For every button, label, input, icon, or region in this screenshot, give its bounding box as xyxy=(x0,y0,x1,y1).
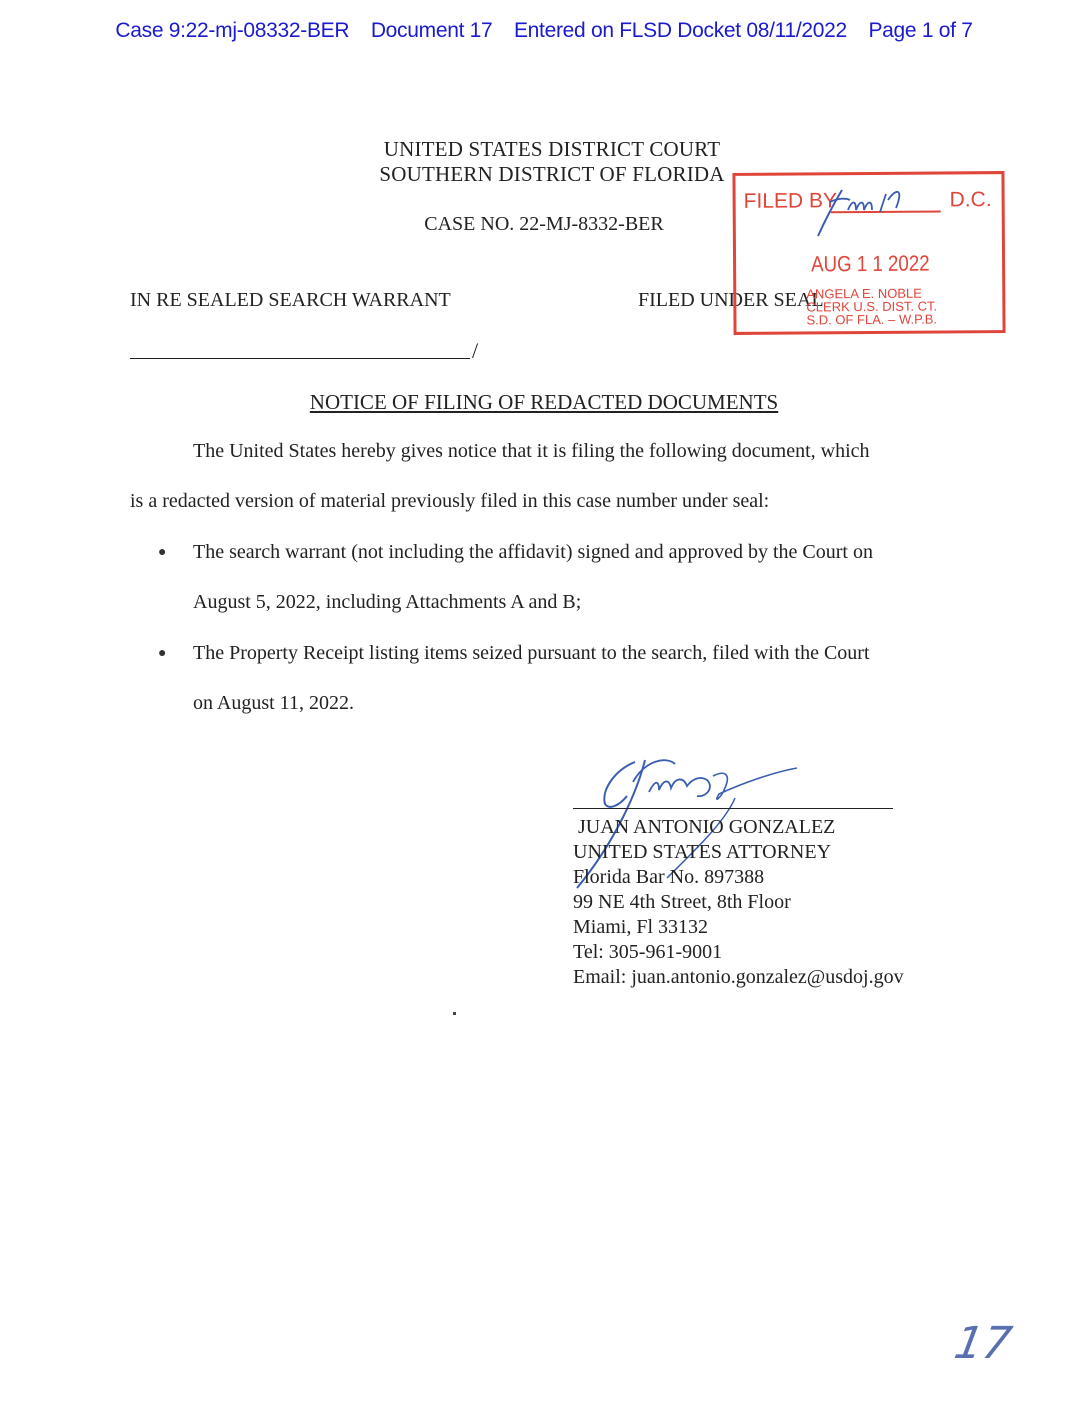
stamp-clerk-info: ANGELA E. NOBLE CLERK U.S. DIST. CT. S.D… xyxy=(806,287,937,327)
handwritten-docket-number: 17 xyxy=(951,1318,1016,1369)
bullet-icon: ● xyxy=(158,646,166,662)
bullet-item-line: on August 11, 2022. xyxy=(193,692,354,715)
bullet-item-line: The search warrant (not including the af… xyxy=(193,541,873,564)
bullet-icon: ● xyxy=(158,545,166,561)
court-name: UNITED STATES DISTRICT COURT xyxy=(0,137,1088,162)
docket-document-number: Document 17 xyxy=(371,19,493,42)
signer-name: JUAN ANTONIO GONZALEZ xyxy=(573,815,835,840)
docket-entered-date: Entered on FLSD Docket 08/11/2022 xyxy=(514,19,847,42)
signer-address-street: 99 NE 4th Street, 8th Floor xyxy=(573,890,791,915)
docket-page-count: Page 1 of 7 xyxy=(868,19,972,42)
signer-address-city: Miami, Fl 33132 xyxy=(573,915,708,940)
signer-title: UNITED STATES ATTORNEY xyxy=(573,840,831,865)
document-title: NOTICE OF FILING OF REDACTED DOCUMENTS xyxy=(0,390,1088,415)
bullet-item-line: August 5, 2022, including Attachments A … xyxy=(193,591,581,614)
signer-email: Email: juan.antonio.gonzalez@usdoj.gov xyxy=(573,965,904,990)
scan-speck xyxy=(453,1012,456,1015)
caption-slash: / xyxy=(472,338,478,364)
signature-line xyxy=(573,808,893,809)
bullet-item-line: The Property Receipt listing items seize… xyxy=(193,642,870,665)
stamp-dc: D.C. xyxy=(950,188,992,212)
body-paragraph-line: is a redacted version of material previo… xyxy=(130,490,769,513)
docket-case-number: Case 9:22-mj-08332-BER xyxy=(115,19,349,42)
signer-telephone: Tel: 305-961-9001 xyxy=(573,940,722,965)
caption-in-re: IN RE SEALED SEARCH WARRANT xyxy=(130,289,451,312)
stamp-clerk-line: S.D. OF FLA. – W.P.B. xyxy=(806,313,937,327)
caption-rule-line xyxy=(130,358,470,359)
signer-bar-number: Florida Bar No. 897388 xyxy=(573,865,764,890)
stamp-initials-handwriting-icon xyxy=(800,180,930,242)
body-paragraph-line: The United States hereby gives notice th… xyxy=(193,440,870,463)
stamp-date: AUG 1 1 2022 xyxy=(811,251,930,278)
docket-header: Case 9:22-mj-08332-BER Document 17 Enter… xyxy=(0,19,1088,43)
